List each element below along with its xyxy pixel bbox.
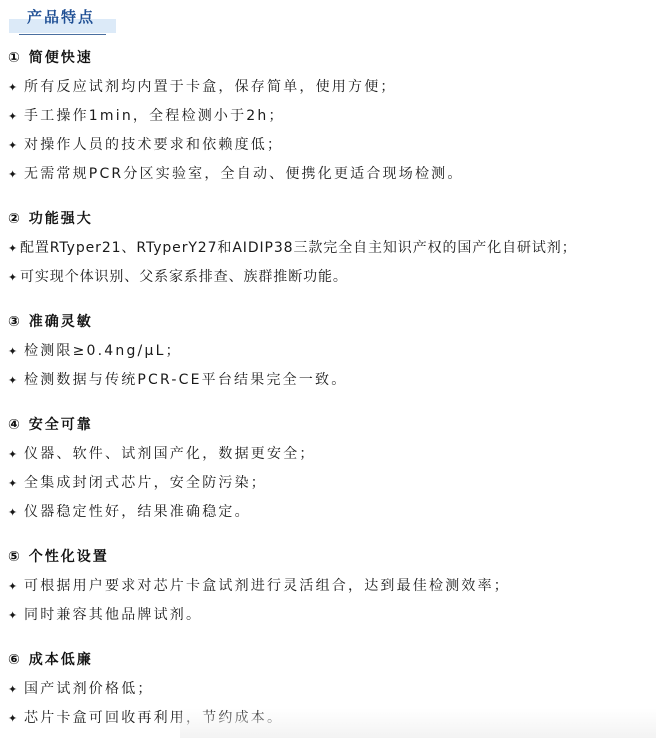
list-item: ✦检测数据与传统PCR-CE平台结果完全一致。 [8, 366, 656, 395]
star-bullet-icon: ✦ [8, 263, 18, 292]
list-item: ✦仪器、软件、试剂国产化，数据更安全； [8, 440, 656, 469]
section-heading: ④ 安全可靠 [8, 411, 656, 440]
star-bullet-icon: ✦ [8, 102, 18, 131]
star-bullet-icon: ✦ [8, 572, 18, 601]
section-heading: ⑥ 成本低廉 [8, 646, 656, 675]
feature-section-2: ② 功能强大 ✦配置RTyper21、RTyperY27和AIDIP38三款完全… [8, 205, 656, 292]
section-heading: ① 简便快速 [8, 44, 656, 73]
star-bullet-icon: ✦ [8, 234, 18, 263]
feature-section-5: ⑤ 个性化设置 ✦可根据用户要求对芯片卡盒试剂进行灵活组合，达到最佳检测效率； … [8, 543, 656, 630]
feature-section-1: ① 简便快速 ✦所有反应试剂均内置于卡盒，保存简单，使用方便； ✦手工操作1mi… [8, 44, 656, 189]
list-item: ✦对操作人员的技术要求和依赖度低； [8, 131, 656, 160]
star-bullet-icon: ✦ [8, 366, 18, 395]
spacer [8, 292, 656, 308]
star-bullet-icon: ✦ [8, 469, 18, 498]
feature-section-4: ④ 安全可靠 ✦仪器、软件、试剂国产化，数据更安全； ✦全集成封闭式芯片，安全防… [8, 411, 656, 527]
list-item: ✦全集成封闭式芯片，安全防污染； [8, 469, 656, 498]
section-heading: ② 功能强大 [8, 205, 656, 234]
title-underline [19, 34, 106, 35]
star-bullet-icon: ✦ [8, 601, 18, 630]
section-heading: ⑤ 个性化设置 [8, 543, 656, 572]
feature-list: ① 简便快速 ✦所有反应试剂均内置于卡盒，保存简单，使用方便； ✦手工操作1mi… [8, 44, 656, 733]
star-bullet-icon: ✦ [8, 675, 18, 704]
list-item: ✦所有反应试剂均内置于卡盒，保存简单，使用方便； [8, 73, 656, 102]
page-title: 产品特点 [27, 5, 95, 29]
spacer [8, 630, 656, 646]
star-bullet-icon: ✦ [8, 160, 18, 189]
list-item: ✦配置RTyper21、RTyperY27和AIDIP38三款完全自主知识产权的… [8, 234, 656, 263]
list-item: ✦无需常规PCR分区实验室，全自动、便携化更适合现场检测。 [8, 160, 656, 189]
section-title: 产品特点 [9, 5, 116, 33]
spacer [8, 189, 656, 205]
list-item: ✦国产试剂价格低； [8, 675, 656, 704]
star-bullet-icon: ✦ [8, 337, 18, 366]
star-bullet-icon: ✦ [8, 440, 18, 469]
spacer [8, 395, 656, 411]
section-heading: ③ 准确灵敏 [8, 308, 656, 337]
star-bullet-icon: ✦ [8, 131, 18, 160]
star-bullet-icon: ✦ [8, 704, 18, 733]
star-bullet-icon: ✦ [8, 73, 18, 102]
list-item: ✦可根据用户要求对芯片卡盒试剂进行灵活组合，达到最佳检测效率； [8, 572, 656, 601]
list-item: ✦检测限≥0.4ng/μL； [8, 337, 656, 366]
list-item: ✦仪器稳定性好，结果准确稳定。 [8, 498, 656, 527]
list-item: ✦手工操作1min，全程检测小于2h； [8, 102, 656, 131]
feature-section-3: ③ 准确灵敏 ✦检测限≥0.4ng/μL； ✦检测数据与传统PCR-CE平台结果… [8, 308, 656, 395]
list-item: ✦同时兼容其他品牌试剂。 [8, 601, 656, 630]
star-bullet-icon: ✦ [8, 498, 18, 527]
spacer [8, 527, 656, 543]
list-item: ✦可实现个体识别、父系家系排查、族群推断功能。 [8, 263, 656, 292]
bottom-fade [180, 708, 656, 738]
